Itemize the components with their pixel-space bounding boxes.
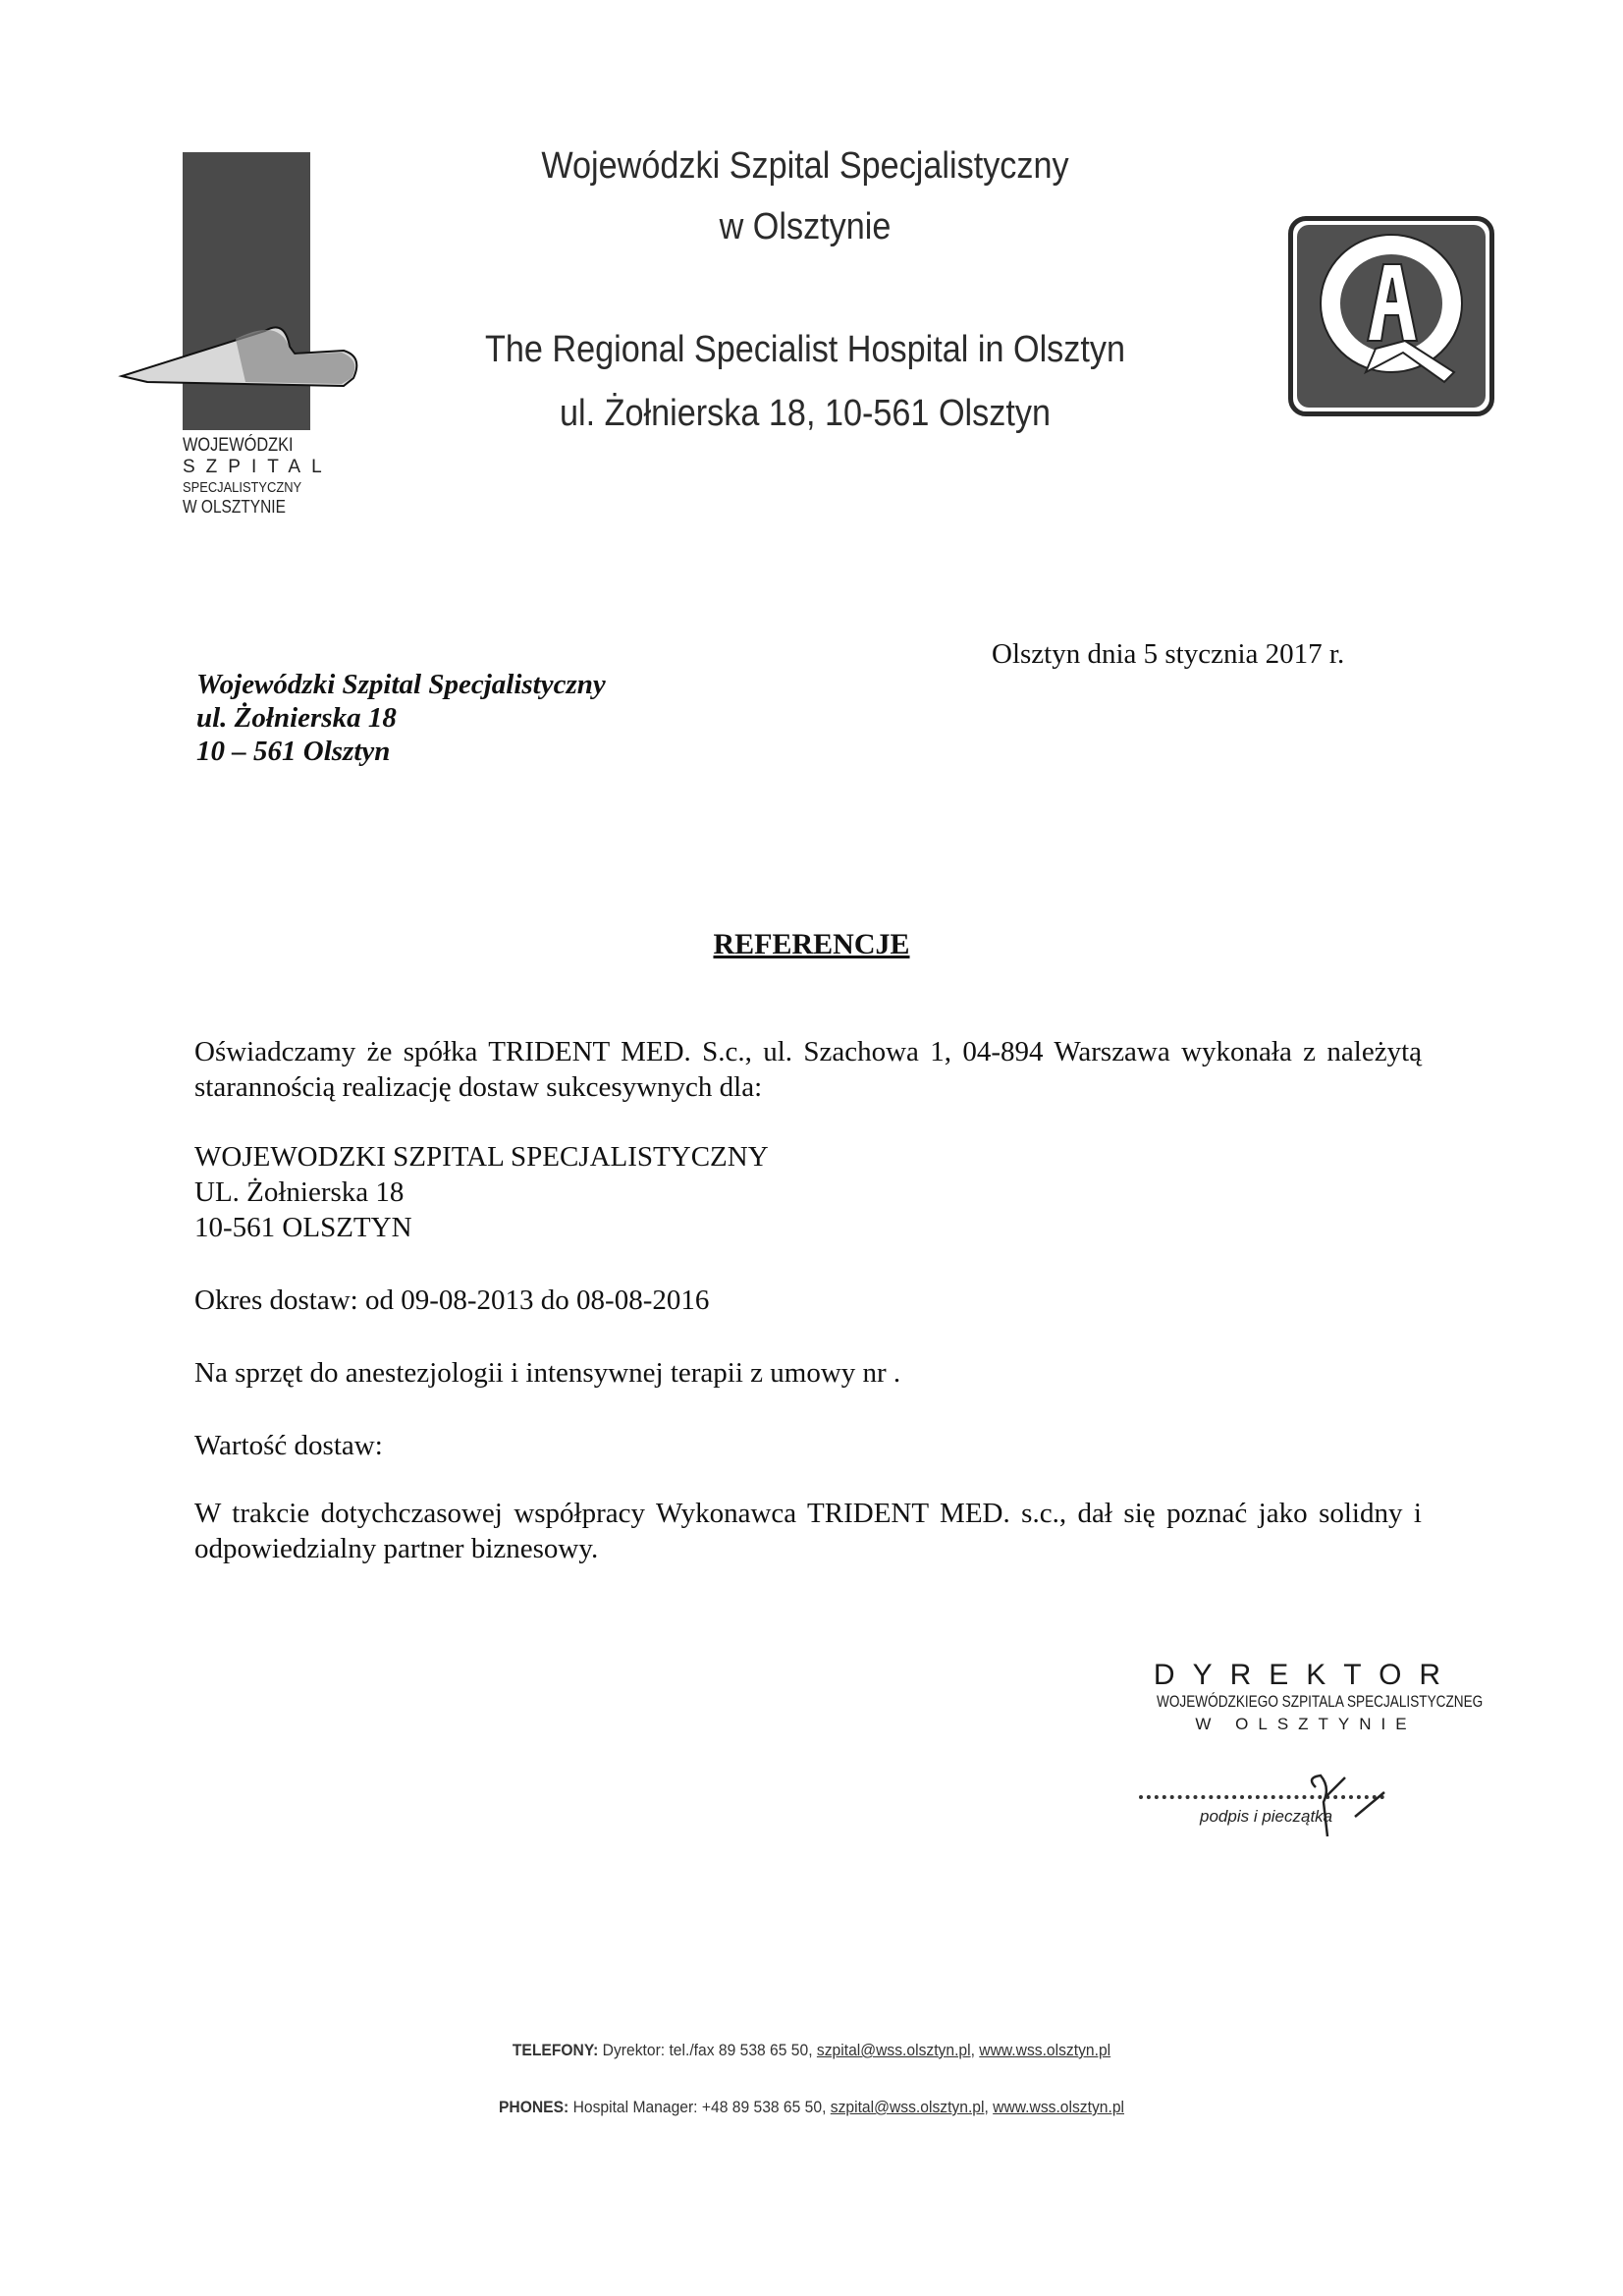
org-address: ul. Żołnierska 18, 10-561 Olsztyn: [469, 393, 1141, 435]
footer-line-pl: TELEFONY: Dyrektor: tel./fax 89 538 65 5…: [65, 2041, 1558, 2060]
logo-text: WOJEWÓDZKI SZPITAL SPECJALISTYCZNY W OLS…: [183, 435, 312, 518]
quality-assurance-q-a-icon: [1297, 225, 1486, 408]
delivery-value: Wartość dostaw:: [194, 1430, 383, 1462]
footer-line-en: PHONES: Hospital Manager: +48 89 538 65 …: [65, 2098, 1558, 2117]
footer-website-link[interactable]: www.wss.olsztyn.pl: [993, 2098, 1124, 2116]
document-title: REFERENCJE: [0, 928, 1623, 961]
body-paragraph-1: Oświadczamy że spółka TRIDENT MED. S.c.,…: [194, 1034, 1422, 1105]
quality-assurance-logo: [1288, 216, 1494, 416]
org-name-en: The Regional Specialist Hospital in Olsz…: [469, 329, 1141, 371]
hospital-logo: WOJEWÓDZKI SZPITAL SPECJALISTYCZNY W OLS…: [118, 152, 422, 545]
letter-date: Olsztyn dnia 5 stycznia 2017 r.: [992, 638, 1344, 671]
recipient-address: WOJEWODZKI SZPITAL SPECJALISTYCZNY UL. Ż…: [194, 1139, 769, 1245]
org-city-pl: w Olsztynie: [469, 206, 1141, 248]
footer-website-link[interactable]: www.wss.olsztyn.pl: [979, 2041, 1110, 2059]
org-name-pl: Wojewódzki Szpital Specjalistyczny: [469, 145, 1141, 188]
hospital-logo-icon: [118, 300, 422, 427]
signature-label: podpis i pieczątka: [1200, 1807, 1332, 1827]
footer-email-link[interactable]: szpital@wss.olsztyn.pl: [831, 2098, 985, 2116]
sender-address: Wojewódzki Szpital Specjalistyczny ul. Ż…: [196, 668, 606, 768]
footer-email-link[interactable]: szpital@wss.olsztyn.pl: [817, 2041, 971, 2059]
body-paragraph-2: W trakcie dotychczasowej współpracy Wyko…: [194, 1496, 1422, 1566]
equipment-description: Na sprzęt do anestezjologii i intensywne…: [194, 1357, 900, 1390]
director-stamp: DYREKTOR WOJEWÓDZKIEGO SZPITALA SPECJALI…: [1119, 1660, 1492, 1736]
delivery-period: Okres dostaw: od 09-08-2013 do 08-08-201…: [194, 1285, 709, 1317]
